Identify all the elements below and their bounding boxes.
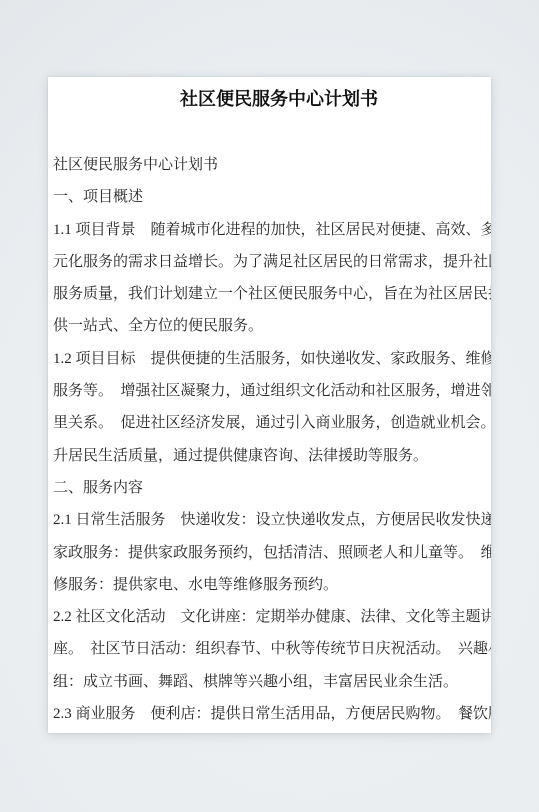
text-line: 二、服务内容 — [53, 472, 491, 504]
text-line: 一、项目概述 — [53, 181, 491, 213]
paragraph: 1.2 项目目标 提供便捷的生活服务，如快递收发、家政服务、维修服务等。 增强社… — [53, 343, 491, 472]
text-line: 社区便民服务中心计划书 — [53, 149, 491, 181]
text-line: 元化服务的需求日益增长。为了满足社区居民的日常需求，提升社区 — [53, 246, 491, 278]
text-line: 1.2 项目目标 提供便捷的生活服务，如快递收发、家政服务、维修 — [53, 343, 491, 375]
text-line: 升居民生活质量，通过提供健康咨询、法律援助等服务。 — [53, 440, 491, 472]
paragraph: 2.3 商业服务 便利店：提供日常生活用品，方便居民购物。 餐饮服 — [53, 698, 491, 730]
text-line: 家政服务：提供家政服务预约，包括清洁、照顾老人和儿童等。 维 — [53, 537, 491, 569]
document-title: 社区便民服务中心计划书 — [53, 86, 491, 112]
paragraph: 2.1 日常生活服务 快递收发：设立快递收发点，方便居民收发快递。家政服务：提供… — [53, 504, 491, 601]
text-line: 座。 社区节日活动：组织春节、中秋等传统节日庆祝活动。 兴趣小 — [53, 633, 491, 665]
paragraph: 社区便民服务中心计划书 — [53, 149, 491, 181]
paragraph: 2.2 社区文化活动 文化讲座：定期举办健康、法律、文化等主题讲座。 社区节日活… — [53, 601, 491, 698]
text-line: 服务等。 增强社区凝聚力，通过组织文化活动和社区服务，增进邻 — [53, 375, 491, 407]
text-line: 里关系。 促进社区经济发展，通过引入商业服务，创造就业机会。 提 — [53, 407, 491, 439]
screenshot-root: { "colors": { "background": "#e9edf0", "… — [0, 0, 539, 812]
text-line: 组：成立书画、舞蹈、棋牌等兴趣小组，丰富居民业余生活。 — [53, 666, 491, 698]
document-content: 社区便民服务中心计划书 社区便民服务中心计划书一、项目概述1.1 项目背景 随着… — [53, 77, 491, 730]
text-line: 供一站式、全方位的便民服务。 — [53, 310, 491, 342]
document-body: 社区便民服务中心计划书一、项目概述1.1 项目背景 随着城市化进程的加快，社区居… — [53, 149, 491, 730]
text-line: 2.3 商业服务 便利店：提供日常生活用品，方便居民购物。 餐饮服 — [53, 698, 491, 730]
text-line: 2.2 社区文化活动 文化讲座：定期举办健康、法律、文化等主题讲 — [53, 601, 491, 633]
text-line: 服务质量，我们计划建立一个社区便民服务中心，旨在为社区居民提 — [53, 278, 491, 310]
paragraph: 二、服务内容 — [53, 472, 491, 504]
paragraph: 1.1 项目背景 随着城市化进程的加快，社区居民对便捷、高效、多元化服务的需求日… — [53, 214, 491, 343]
document-page: 社区便民服务中心计划书 社区便民服务中心计划书一、项目概述1.1 项目背景 随着… — [48, 77, 491, 733]
text-line: 2.1 日常生活服务 快递收发：设立快递收发点，方便居民收发快递。 — [53, 504, 491, 536]
text-line: 1.1 项目背景 随着城市化进程的加快，社区居民对便捷、高效、多 — [53, 214, 491, 246]
text-line: 修服务：提供家电、水电等维修服务预约。 — [53, 569, 491, 601]
paragraph: 一、项目概述 — [53, 181, 491, 213]
